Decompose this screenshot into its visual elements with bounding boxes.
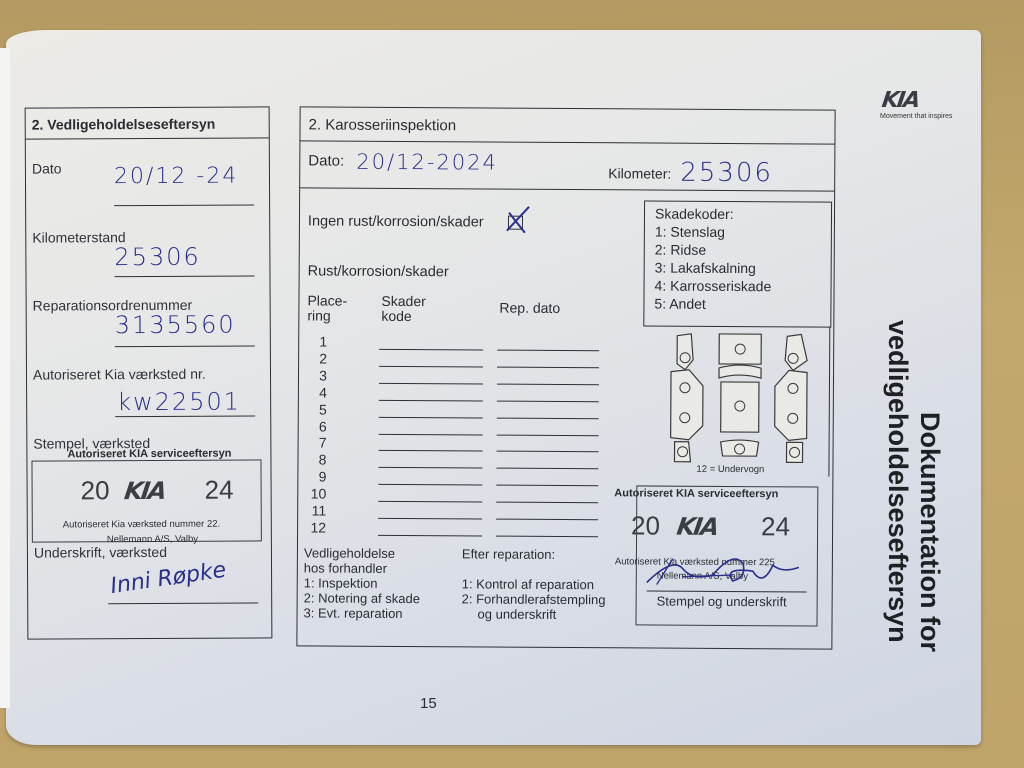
maintenance-inspection-panel: 2. Vedligeholdelseseftersyn Dato 20/12 -… [25, 106, 273, 639]
damage-code-3: 3: Lakafskalning [655, 260, 756, 277]
damage-codes-title: Skadekoder: [655, 206, 734, 222]
maintenance-notes: Vedligeholdelse hos forhandler 1: Inspek… [304, 545, 421, 621]
date-label: Dato [32, 160, 62, 176]
title-divider [300, 140, 834, 144]
damage-code-field[interactable] [378, 518, 482, 520]
maintenance-title-line1: Vedligeholdelse [304, 545, 420, 561]
repair-date-field[interactable] [497, 451, 599, 453]
dealer-stamp-year-right: 24 [761, 511, 790, 542]
col-placement-header: Place- ring [307, 293, 347, 323]
side-title-line2: vedligeholdelseseftersyn [882, 320, 913, 643]
table-row-number: 2 [305, 350, 327, 367]
check-mark-icon [505, 205, 533, 235]
after-repair-title: Efter reparation: [462, 546, 606, 562]
signature-line [108, 602, 258, 604]
signature-label: Underskrift, værksted [34, 544, 167, 561]
workshop-signature[interactable]: Inni Røpke [109, 558, 228, 600]
side-title: Dokumentation for vedligeholdelsesefters… [870, 320, 950, 700]
after-repair-item-1: 1: Kontrol af reparation [462, 576, 606, 592]
km-field-line [114, 275, 254, 277]
damage-code-5: 5: Andet [654, 296, 705, 312]
repair-date-field[interactable] [496, 485, 598, 487]
repair-date-field[interactable] [496, 468, 598, 470]
page-number: 15 [420, 695, 437, 712]
table-row-number: 12 [304, 519, 326, 536]
after-repair-item-2: 2: Forhandlerafstempling [462, 591, 606, 607]
workshop-field-line [115, 415, 255, 417]
table-row-number: 11 [304, 502, 326, 519]
kilometer-label: Kilometer: [608, 165, 671, 181]
repair-date-field[interactable] [497, 366, 599, 368]
brand-tagline: Movement that inspires [880, 113, 952, 120]
table-row-number: 6 [305, 418, 327, 435]
workshop-number-value[interactable]: kw22501 [117, 388, 241, 417]
dealer-stamp-caption: Stempel og underskrift [657, 594, 787, 610]
kia-brand-logo: KIA [882, 88, 918, 113]
dealer-stamp-box: 20 KIA 24 Autoriseret Kia værksted numme… [635, 485, 818, 626]
workshop-number-label: Autoriseret Kia værksted nr. [33, 366, 206, 383]
after-repair-item-3: og underskrift [462, 606, 606, 622]
stamp-kia-logo: KIA [125, 477, 165, 505]
km-value[interactable]: 25306 [114, 243, 201, 271]
col-placement-line2: ring [307, 308, 347, 323]
repair-date-field[interactable] [497, 383, 599, 385]
col-date-header: Rep. dato [499, 300, 560, 316]
no-damage-checkbox[interactable] [508, 216, 523, 230]
damage-code-field[interactable] [379, 366, 483, 368]
panel-title: 2. Vedligeholdelseseftersyn [32, 116, 216, 133]
km-label: Kilometerstand [32, 229, 125, 245]
stamp-line1: Autoriseret Kia værksted nummer 22. [63, 519, 220, 531]
diagram-box-right [828, 327, 830, 477]
repair-order-field-line [115, 345, 255, 347]
table-row-number: 7 [305, 435, 327, 452]
panel-title: 2. Karosseriinspektion [308, 116, 456, 134]
maintenance-title-line2: hos forhandler [304, 560, 420, 576]
repair-date-field[interactable] [497, 350, 599, 352]
inspection-date-value[interactable]: 20/12-2024 [356, 150, 498, 175]
stamp-year-right: 24 [205, 475, 234, 506]
table-row-number: 3 [305, 367, 327, 384]
damage-code-field[interactable] [378, 501, 482, 503]
damage-code-field[interactable] [379, 349, 483, 351]
damage-code-field[interactable] [379, 416, 483, 418]
col-code-line1: Skader [381, 294, 425, 309]
table-row-number: 8 [304, 452, 326, 469]
table-row-number: 1 [305, 333, 327, 350]
repair-date-field[interactable] [497, 417, 599, 419]
damage-codes-legend: Skadekoder: 1: Stenslag 2: Ridse 3: Laka… [643, 200, 832, 327]
damage-code-field[interactable] [378, 535, 482, 537]
title-divider [26, 137, 269, 139]
workshop-stamp: 20 KIA 24 Autoriseret Kia værksted numme… [31, 459, 261, 542]
repair-date-field[interactable] [497, 434, 599, 436]
maintenance-item-2: 2: Notering af skade [304, 590, 420, 606]
damage-code-field[interactable] [379, 450, 483, 452]
repair-date-field[interactable] [497, 400, 599, 402]
damage-label: Rust/korrosion/skader [308, 263, 449, 280]
repair-date-field[interactable] [496, 519, 598, 521]
dealer-signature-line [647, 590, 807, 592]
diagram-caption: 12 = Undervogn [696, 464, 764, 475]
damage-code-4: 4: Karrosseriskade [655, 278, 772, 295]
damage-code-2: 2: Ridse [655, 242, 706, 258]
table-row-number: 10 [304, 485, 326, 502]
damage-code-1: 1: Stenslag [655, 224, 725, 240]
date-value[interactable]: 20/12 -24 [114, 164, 238, 190]
body-inspection-panel: 2. Karosseriinspektion Dato: 20/12-2024 … [296, 106, 835, 649]
table-row-number: 4 [305, 384, 327, 401]
stamp-year-left: 20 [81, 475, 110, 506]
after-repair-notes: Efter reparation: 1: Kontrol af reparati… [462, 546, 606, 622]
side-title-line1: Dokumentation for [914, 412, 945, 652]
car-body-diagram [668, 330, 809, 471]
repair-date-field[interactable] [496, 535, 598, 537]
maintenance-item-1: 1: Inspektion [304, 575, 420, 591]
date-field-line [114, 204, 254, 206]
damage-code-field[interactable] [378, 467, 482, 469]
damage-code-field[interactable] [379, 383, 483, 385]
col-placement-line1: Place- [307, 293, 347, 308]
previous-page-edge [0, 48, 10, 708]
damage-code-field[interactable] [379, 433, 483, 435]
kilometer-value[interactable]: 25306 [680, 158, 773, 189]
maintenance-item-3: 3: Evt. reparation [304, 605, 420, 621]
damage-code-field[interactable] [379, 400, 483, 402]
col-code-line2: kode [381, 309, 425, 324]
table-row-number: 5 [305, 401, 327, 418]
dealer-signature[interactable] [643, 546, 803, 591]
repair-date-field[interactable] [496, 502, 598, 504]
stamp-header: Autoriseret KIA serviceeftersyn [67, 448, 231, 461]
col-code-header: Skader kode [381, 294, 426, 324]
inspection-date-label: Dato: [308, 152, 344, 169]
dealer-stamp-year-left: 20 [631, 510, 660, 541]
table-row-number: 9 [304, 469, 326, 486]
damage-code-field[interactable] [378, 484, 482, 486]
dealer-stamp-kia-logo: KIA [677, 513, 717, 541]
no-damage-label: Ingen rust/korrosion/skader [308, 213, 484, 230]
repair-order-value[interactable]: 3135560 [115, 311, 236, 340]
